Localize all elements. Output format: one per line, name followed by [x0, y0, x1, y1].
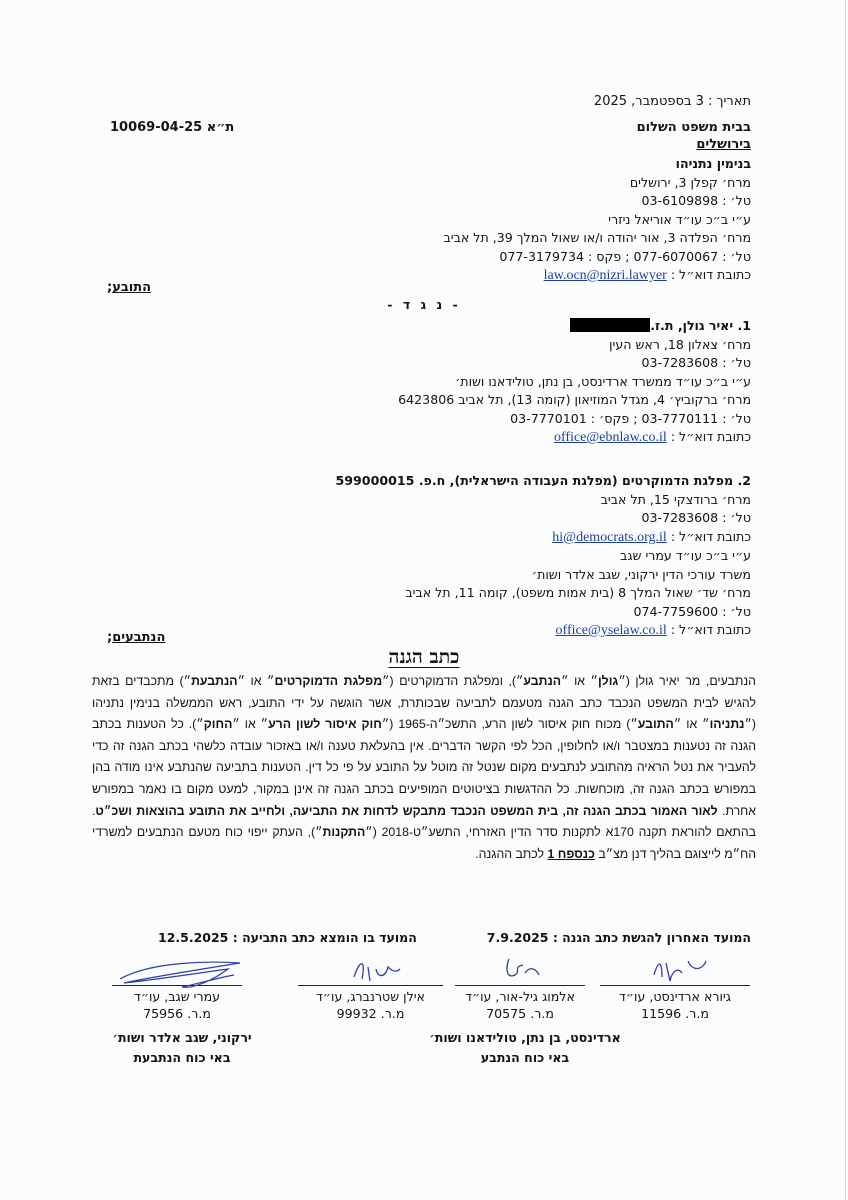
emphasized-term: גולן [598, 674, 618, 688]
defendant-1-line: טל׳ : 03-7770111 ; פקס׳ : 03-7770101 [398, 410, 751, 429]
body-text-run: ״), ומפלגת הדמוקרטים (״ [382, 674, 523, 688]
body-text-run: ״ או ״ [561, 674, 598, 688]
signature-icon [644, 953, 714, 987]
court-name: בבית משפט השלום [637, 120, 751, 135]
defendant-1-line: מרח׳ ברקוביץ׳ 4, מגדל המוזיאון (קומה 13)… [398, 391, 751, 410]
document-title: כתב הגנה [0, 646, 848, 669]
emphasized-term: החוק [204, 717, 233, 731]
signature-icon [495, 953, 555, 987]
plaintiff-counsel: ע״י ב״כ עו״ד אוריאל ניזרי [444, 211, 752, 230]
signature-block: גיורא ארדינסט, עו״ד מ.ר. 11596 [600, 985, 750, 1022]
plaintiff-counsel-phone: טל׳ : 077-6070067 ; פקס : 077-3179734 [444, 248, 752, 267]
plaintiff-role-label: התובע [112, 280, 151, 295]
claim-served-date: המועד בו הומצא כתב התביעה : 12.5.2025 [158, 930, 417, 945]
defendant-2-email2-row: כתובת דוא״ל : office@yselaw.co.il [336, 621, 751, 641]
defendant-2-heading: 2. מפלגת הדמוקרטים (מפלגת העבודה הישראלי… [336, 472, 751, 491]
email-label: כתובת דוא״ל : [671, 429, 751, 444]
emphasized-term: חוק איסור לשון הרע [268, 717, 382, 731]
defendant-2-line: משרד עורכי הדין ירקוני, שגב אלדר ושות׳ [336, 566, 751, 585]
defendant-firm: ארדינסט, בן נתן, טולידאנו ושות׳ באי כוח … [400, 1028, 650, 1068]
emphasized-term: לאור האמור בכתב הגנה זה, בית המשפט הנכבד… [95, 804, 717, 818]
plaintiff-email-row: כתובת דוא״ל : law.ocn@nizri.lawyer [444, 266, 752, 286]
defendant-firm: ירקוני, שגב אלדר ושות׳ באי כוח הנתבעת [92, 1028, 272, 1068]
defendant-1-line: מרח׳ צאלון 18, ראש העין [398, 336, 751, 355]
defendant-2-line: טל׳ : 03-7283608 [336, 509, 751, 528]
firm-role: באי כוח הנתבעת [92, 1048, 272, 1068]
signature-icon [112, 957, 242, 991]
body-text-run: הנתבעים, מר יאיר גולן (״ [618, 674, 756, 688]
defendant-1-email-row: כתובת דוא״ל : office@ebnlaw.co.il [398, 428, 751, 448]
plaintiff-counsel-address: מרח׳ הפלדה 3, אור יהודה ו/או שאול המלך 3… [444, 229, 752, 248]
body-text-run: לכתב ההגנה. [475, 847, 547, 861]
email-label: כתובת דוא״ל : [671, 622, 751, 637]
firm-name: ארדינסט, בן נתן, טולידאנו ושות׳ [400, 1028, 650, 1048]
emphasized-term: נתניהו [710, 717, 745, 731]
signature-block: אילן שטרנברג, עו״ד מ.ר. 99932 [298, 985, 443, 1022]
signer-name: גיורא ארדינסט, עו״ד [600, 988, 750, 1005]
defendant-2-email2-link[interactable]: office@yselaw.co.il [556, 623, 667, 638]
defendant-1-line: טל׳ : 03-7283608 [398, 354, 751, 373]
defendant-2-line: ע״י ב״כ עו״ד עמרי שגב [336, 547, 751, 566]
firm-role: באי כוח הנתבע [400, 1048, 650, 1068]
document-date: תאריך : 3 בספטמבר, 2025 [594, 94, 751, 109]
signer-license: מ.ר. 11596 [600, 1005, 750, 1022]
emphasized-term: מפלגת הדמוקרטים [274, 674, 382, 688]
body-paragraph: הנתבעים, מר יאיר גולן (״גולן״ או ״הנתבע״… [92, 671, 756, 865]
plaintiff-role: התובע; [107, 280, 151, 295]
body-text: הנתבעים, מר יאיר גולן (״גולן״ או ״הנתבע״… [92, 671, 756, 865]
defendant-2-line: מרח׳ ברודצקי 15, תל אביב [336, 491, 751, 510]
defendant-2-block: 2. מפלגת הדמוקרטים (מפלגת העבודה הישראלי… [336, 472, 751, 641]
signer-name: אלמוג גיל-אור, עו״ד [455, 988, 585, 1005]
emphasized-term: התקנות [323, 825, 366, 839]
defendant-2-email-row: כתובת דוא״ל : hi@democrats.org.il [336, 528, 751, 548]
defendant-1-email-link[interactable]: office@ebnlaw.co.il [554, 430, 667, 445]
signer-license: מ.ר. 70575 [455, 1005, 585, 1022]
body-text-run: ״ או ״ [238, 674, 275, 688]
versus-separator: - נ ג ד - [0, 297, 848, 312]
emphasized-term: הנתבעת [191, 674, 238, 688]
plaintiff-phone: טל׳ : 03-6109898 [444, 192, 752, 211]
plaintiff-block: בנימין נתניהו מרח׳ קפלן 3, ירושלים טל׳ :… [444, 155, 752, 286]
body-text-run: ״) מכוח חוק איסור לשון הרע, התשכ״ה-1965 … [382, 717, 638, 731]
document-title-text: כתב הגנה [389, 646, 460, 668]
page-edge [845, 0, 846, 1200]
document-page: תאריך : 3 בספטמבר, 2025 בבית משפט השלום … [0, 0, 848, 1200]
redacted-id [570, 318, 650, 332]
defendants-role: הנתבעים; [107, 630, 165, 645]
plaintiff-name: בנימין נתניהו [444, 155, 752, 174]
defendant-1-block: 1. יאיר גולן, ת.ז. מרח׳ צאלון 18, ראש הע… [398, 317, 751, 448]
signer-license: מ.ר. 99932 [298, 1005, 443, 1022]
defendant-2-line: טל׳ : 074-7759600 [336, 603, 751, 622]
signer-license: מ.ר. 75956 [112, 1005, 242, 1022]
defendant-1-heading: 1. יאיר גולן, ת.ז. [398, 317, 751, 336]
defendant-2-email-link[interactable]: hi@democrats.org.il [552, 530, 667, 545]
defendants-role-label: הנתבעים [112, 630, 165, 645]
body-text-run: ״). כל הטענות בכתב הגנה זה נטענות במצטבר… [92, 717, 756, 817]
filing-deadline: המועד האחרון להגשת כתב הגנה : 7.9.2025 [487, 930, 751, 945]
defendant-1-name: 1. יאיר גולן, ת.ז. [650, 318, 751, 333]
signature-block: אלמוג גיל-אור, עו״ד מ.ר. 70575 [455, 985, 585, 1022]
plaintiff-address: מרח׳ קפלן 3, ירושלים [444, 174, 752, 193]
defendant-1-line: ע״י ב״כ עו״ד ממשרד ארדינסט, בן נתן, טולי… [398, 373, 751, 392]
plaintiff-email-link[interactable]: law.ocn@nizri.lawyer [544, 268, 667, 283]
defendant-2-line: מרח׳ שד׳ שאול המלך 8 (בית אמות משפט), קו… [336, 584, 751, 603]
signature-block: עמרי שגב, עו״ד מ.ר. 75956 [112, 985, 242, 1022]
body-text-run: ״ או ״ [674, 717, 710, 731]
email-label: כתובת דוא״ל : [671, 529, 751, 544]
court-location: בירושלים [696, 137, 751, 152]
emphasized-term: הנתבע [523, 674, 561, 688]
case-number: ת״א 10069-04-25 [110, 120, 234, 135]
body-text-run: ״ או ״ [232, 717, 268, 731]
signer-name: אילן שטרנברג, עו״ד [298, 988, 443, 1005]
email-label: כתובת דוא״ל : [671, 267, 751, 282]
emphasized-term: התובע [638, 717, 674, 731]
firm-name: ירקוני, שגב אלדר ושות׳ [92, 1028, 272, 1048]
emphasized-term: כנספח 1 [547, 847, 594, 861]
signature-icon [346, 953, 406, 987]
